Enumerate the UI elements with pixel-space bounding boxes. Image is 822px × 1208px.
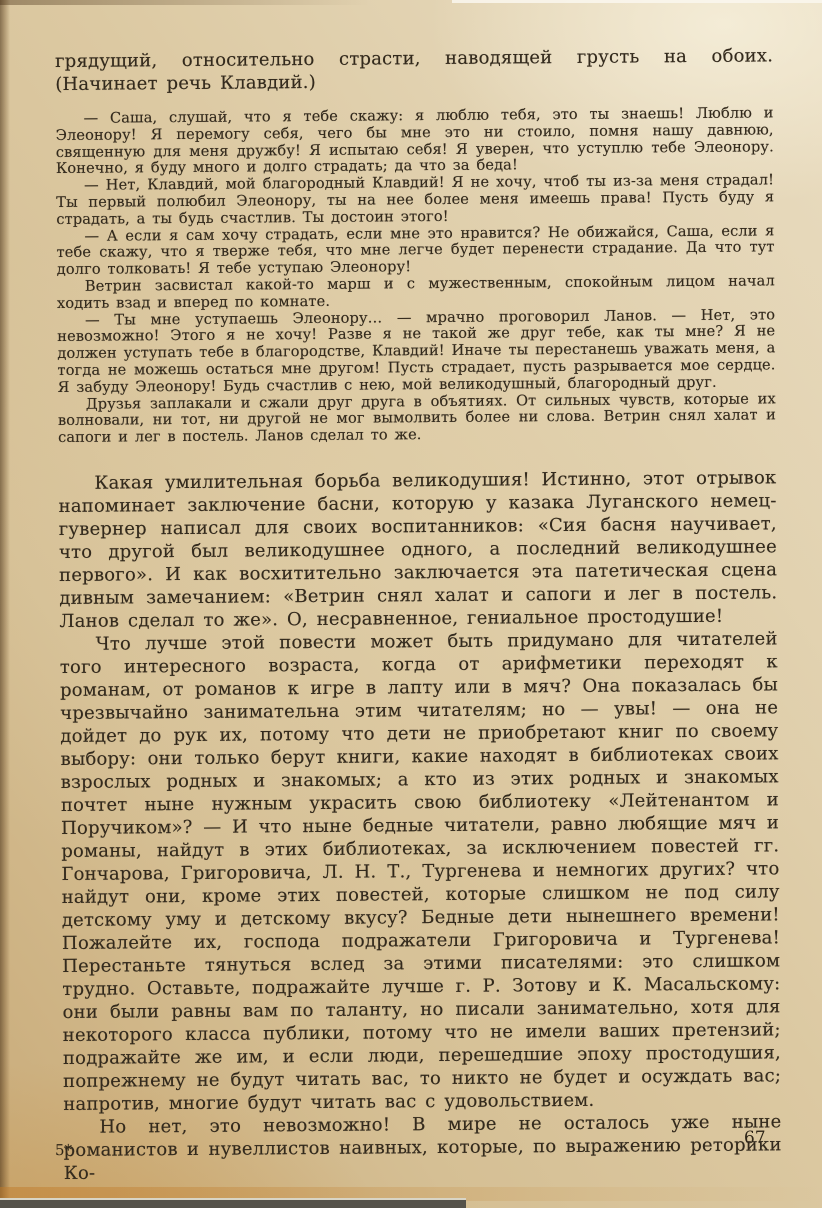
- printer-signature-mark: 5*: [55, 1141, 72, 1159]
- scan-top-left-shade: [0, 0, 370, 5]
- opening-paragraph: грядущий, относительно страсти, наводяще…: [55, 44, 773, 96]
- page-number: 67: [744, 1128, 766, 1148]
- text-block: грядущий, относительно страсти, наводяще…: [55, 44, 782, 1185]
- dialogue-paragraph: — Саша, слушай, что я тебе скажу: я любл…: [55, 105, 774, 178]
- dialogue-paragraph: — А если я сам хочу страдать, если мне э…: [56, 223, 774, 279]
- scan-left-edge-shadow: [0, 0, 10, 1208]
- scan-top-edge-highlight: [452, 0, 822, 3]
- scan-bottom-strip: [0, 1198, 466, 1208]
- body-paragraph: Что лучше этой повести может быть придум…: [60, 627, 782, 1116]
- scanned-book-page: грядущий, относительно страсти, наводяще…: [0, 0, 822, 1208]
- dialogue-paragraph: Друзья заплакали и сжали друг друга в об…: [58, 391, 776, 447]
- dialogue-excerpt: — Саша, слушай, что я тебе скажу: я любл…: [55, 105, 776, 447]
- dialogue-paragraph: — Ты мне уступаешь Элеонору… — мрачно пр…: [57, 307, 776, 397]
- body-paragraph: Какая умилительная борьба великодушия! И…: [58, 466, 777, 633]
- dialogue-paragraph: — Нет, Клавдий, мой благородный Клавдий!…: [56, 173, 774, 229]
- body-paragraph: Но нет, это невозможно! В мире не остало…: [63, 1110, 782, 1185]
